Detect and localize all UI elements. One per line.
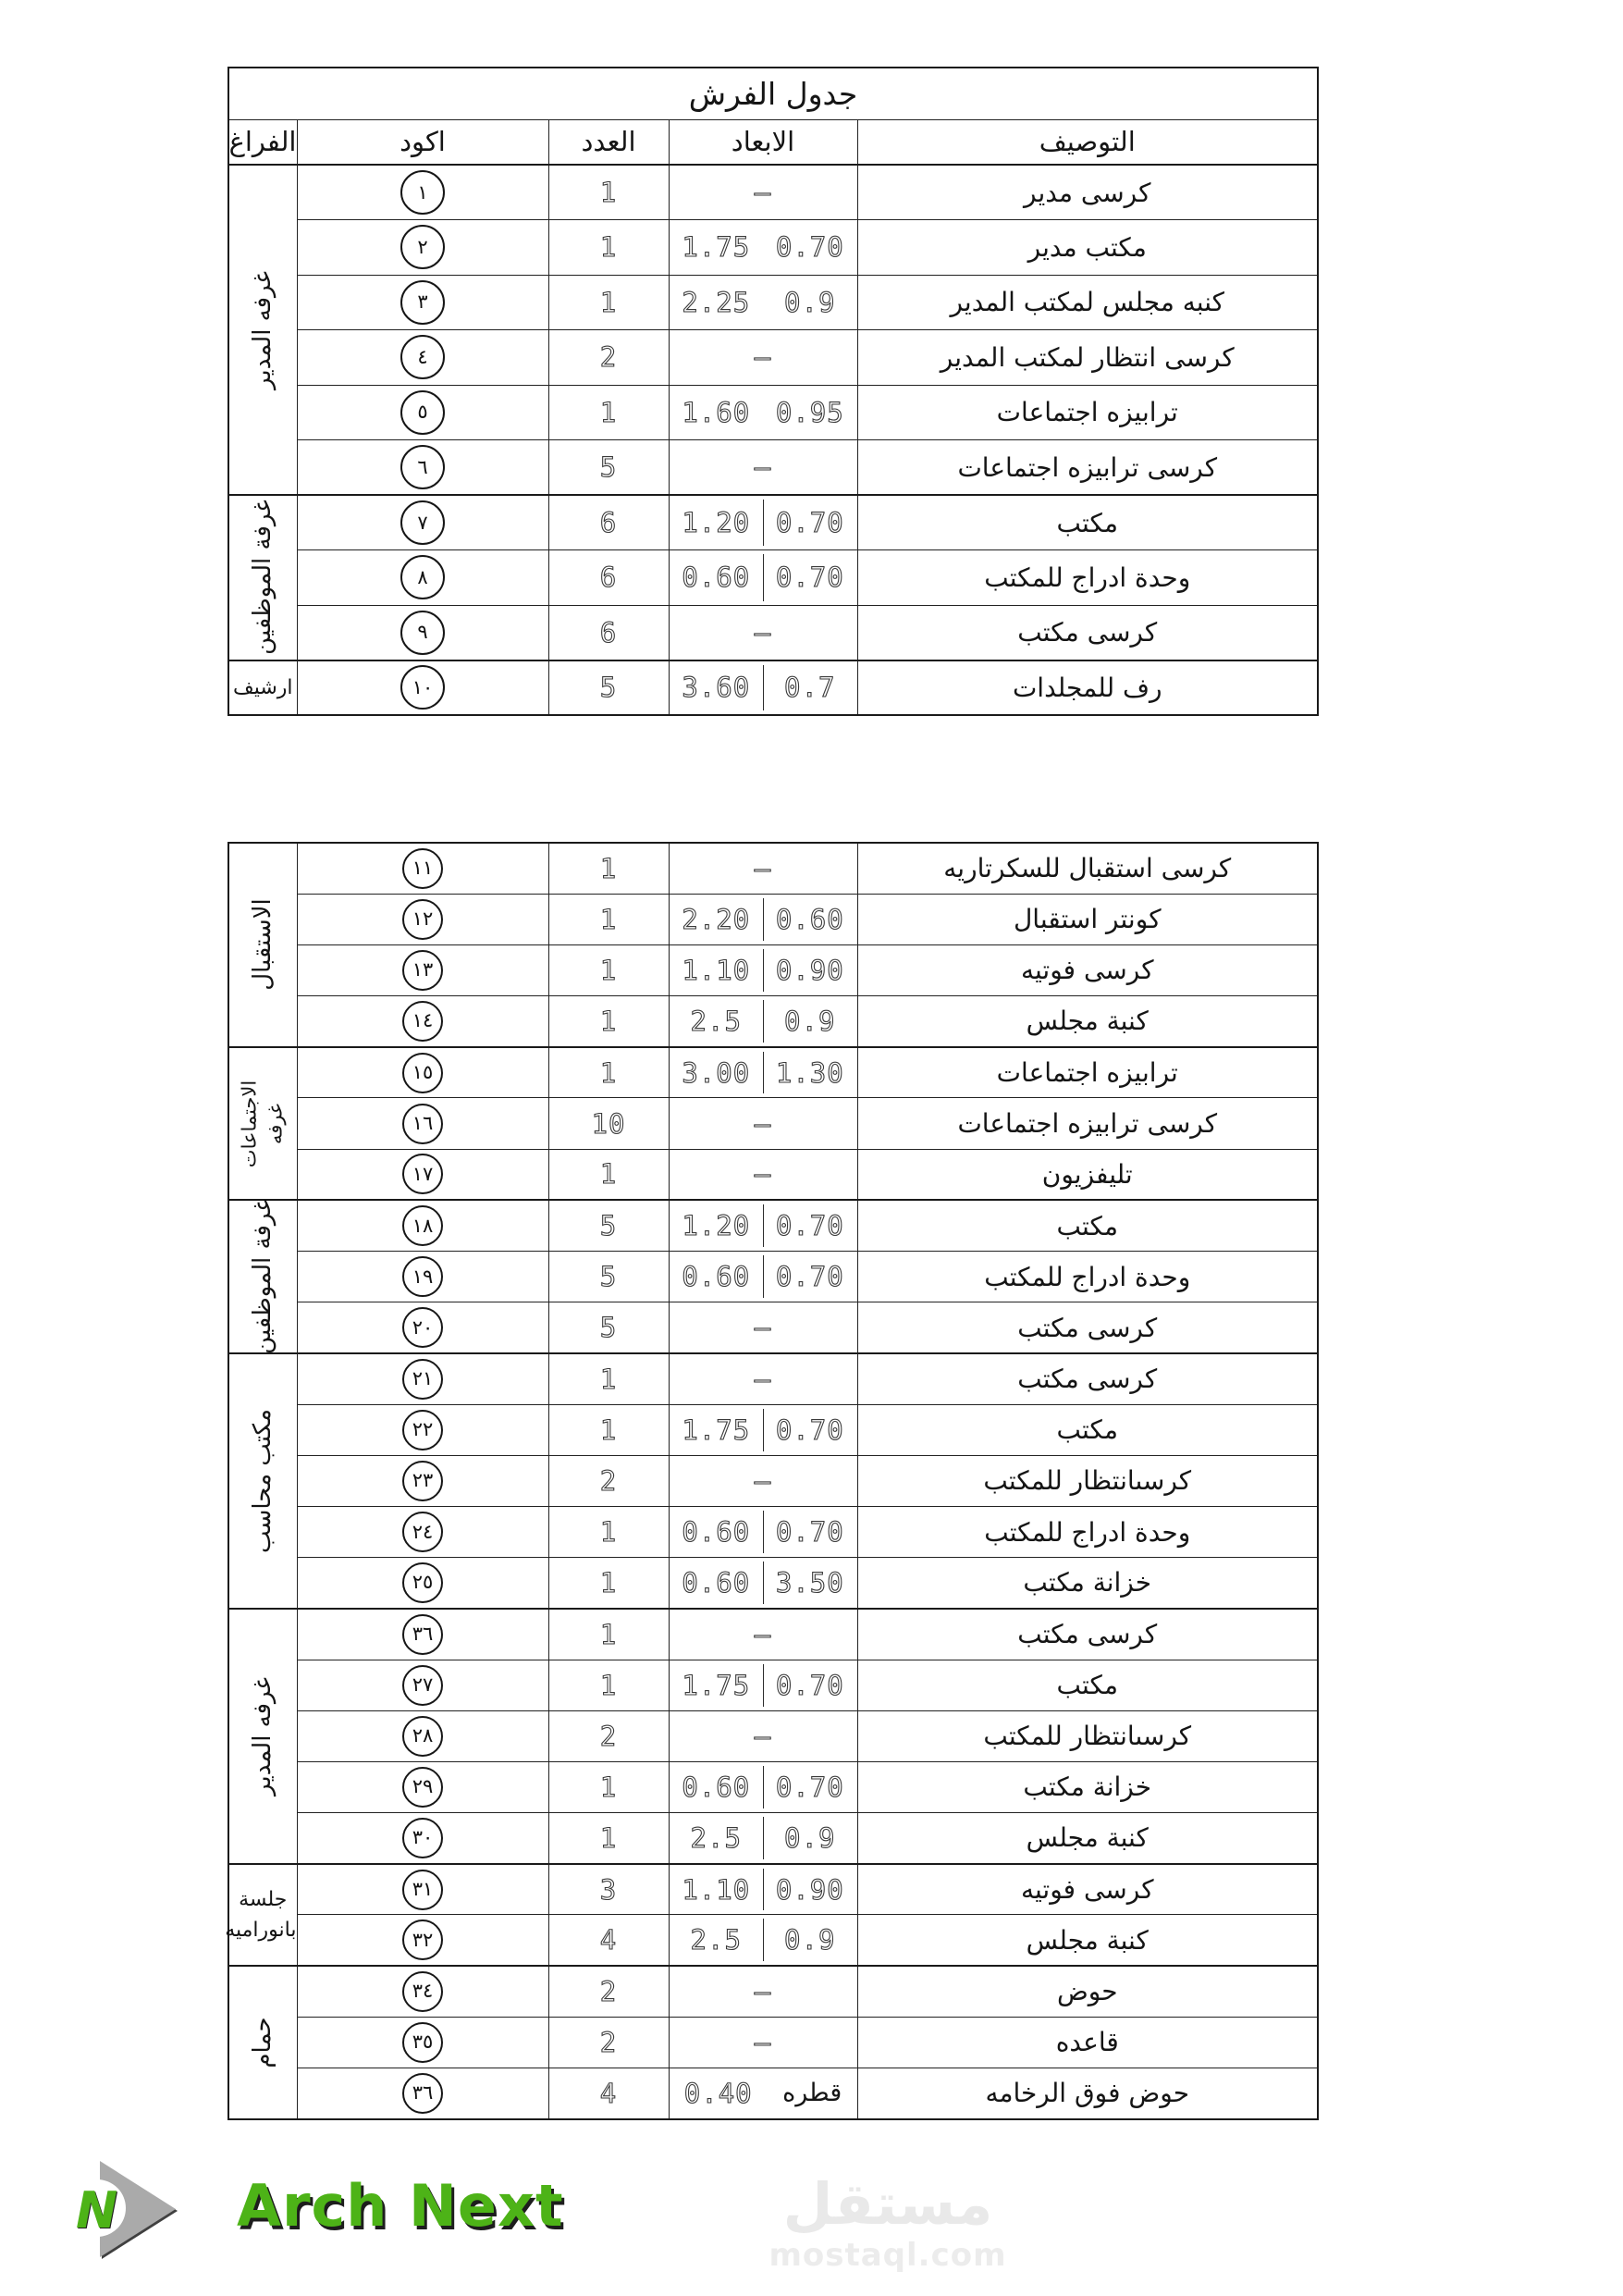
table-row: كرسى استقبال للسكرتاريه–1١١الاستقبال [228,843,1318,894]
dash-value: – [755,1364,771,1395]
count-cell: 1 [548,944,669,995]
space-label: غرفة الموظفين [249,1199,277,1354]
table-row: كرسى انتظار لمكتب المدير–2٤ [228,330,1318,386]
code-cell: ٣ [297,275,548,330]
count-value: 4 [600,2078,617,2109]
code-cell: ١٤ [297,996,548,1047]
count-value: 5 [600,1210,617,1241]
count-cell: 1 [548,1660,669,1710]
code-cell: ٦ [297,440,548,496]
space-label: مكتب محاسب [249,1409,277,1553]
dimensions-cell: 0.600.70 [669,550,857,606]
dimensions-cell: – [669,1098,857,1149]
code-circle: ٣٦ [402,2073,443,2114]
description-cell: حوض [857,1966,1318,2017]
dimension-length-wrap: 2.25 [670,287,764,318]
furniture-schedule-table-lower: كرسى استقبال للسكرتاريه–1١١الاستقبالكونت… [227,842,1319,2120]
dimensions-dash: – [670,853,857,884]
dimension-width: 0.9 [784,1006,835,1037]
dimension-divider-line [763,1255,764,1298]
code-circle: ٣٠ [402,1818,443,1858]
count-value: 1 [600,397,617,428]
dimensions-cell: – [669,330,857,386]
count-cell: 1 [548,996,669,1047]
dimension-divider-line [763,1204,764,1247]
dimensions-cell: 1.750.70 [669,220,857,276]
code-circle: ٢٣ [402,1461,443,1501]
dimension-width-wrap: 0.70 [763,507,857,538]
dimensions-dash: – [670,2027,857,2058]
dimension-divider-line [763,949,764,992]
dimensions-pair: 2.250.9 [670,287,857,318]
dimensions-dash: – [670,1976,857,2007]
code-cell: ٧ [297,495,548,550]
code-cell: ٢٨ [297,1710,548,1761]
dimension-length: 0.60 [682,1261,750,1292]
space-cell: جلسةبانوراميه [228,1864,297,1966]
dimension-width-wrap: 0.60 [763,904,857,935]
description-cell: كنبه مجلس لمكتب المدير [857,275,1318,330]
dimension-width: 0.90 [776,1874,844,1906]
dimensions-cell: 0.600.70 [669,1252,857,1302]
count-cell: 6 [548,495,669,550]
count-cell: 1 [548,843,669,894]
dimension-width: 0.70 [776,1261,844,1292]
dimension-length-wrap: 1.20 [670,507,764,538]
dimension-length-wrap: 1.20 [670,1210,764,1241]
dimension-length: 3.60 [682,672,750,703]
dimension-width: 0.70 [776,1771,844,1803]
dimension-width: 3.50 [776,1567,844,1599]
description-cell: كرسى انتظار لمكتب المدير [857,330,1318,386]
dimension-width-wrap: 0.70 [763,1516,857,1548]
count-value: 4 [600,1924,617,1956]
dash-value: – [755,177,771,208]
description-cell: كرسى مكتب [857,1302,1318,1353]
dimension-width: 0.70 [776,1414,844,1446]
count-cell: 1 [548,1149,669,1200]
code-circle: ٢ [400,225,445,269]
description-cell: كنبة مجلس [857,1813,1318,1864]
table-row: كنبة مجلس2.50.94٣٢ [228,1915,1318,1966]
dash-value: – [755,617,771,648]
dimension-width-wrap: 0.70 [763,1210,857,1241]
code-circle: ١٢ [402,899,443,940]
table-row: خزانة مكتب0.600.701٢٩ [228,1761,1318,1812]
code-circle: ٢٢ [402,1410,443,1450]
table-row: كنبه مجلس لمكتب المدير2.250.91٣ [228,275,1318,330]
watermark: مستقل mostaql.com [721,2176,1054,2274]
dimensions-dash: – [670,617,857,648]
diameter-label: قطره [782,2079,842,2107]
description-cell: كرسىانتظار للمكتب [857,1710,1318,1761]
table-row: مكتب1.750.701٢٢ [228,1404,1318,1455]
code-circle: ٣٤ [402,1971,443,2012]
code-cell: ٣٤ [297,1966,548,2017]
dimension-length-wrap: 1.75 [670,231,764,263]
dimensions-cell: – [669,605,857,660]
dimension-width: 1.30 [776,1057,844,1089]
dimension-length: 1.75 [682,1670,750,1701]
dimensions-dash: – [670,1619,857,1650]
description-cell: كرسى ترابيزه اجتماعات [857,1098,1318,1149]
dimensions-cell: – [669,165,857,220]
dimension-width-wrap: 0.70 [763,1670,857,1701]
dimension-width: 0.9 [784,287,835,318]
dash-value: – [755,1619,771,1650]
table-row: وحدة ادراج للمكتب0.600.705١٩ [228,1252,1318,1302]
code-circle: ١٣ [402,950,443,991]
table-row: خزانة مكتب0.603.501٢٥ [228,1558,1318,1609]
dimension-length-wrap: 1.10 [670,1874,764,1906]
count-cell: 2 [548,1966,669,2017]
dimension-width-wrap: 0.70 [763,1414,857,1446]
dimension-width: 0.9 [784,1822,835,1854]
dimensions-cell: 1.750.70 [669,1660,857,1710]
table-row: وحدة ادراج للمكتب0.600.706٨ [228,550,1318,606]
code-circle: ١٤ [402,1001,443,1042]
description-cell: مكتب مدير [857,220,1318,276]
dimensions-diameter: قطره0.40 [670,2078,857,2109]
space-label: غرفه المدير [249,1677,277,1796]
count-value: 1 [600,853,617,884]
dimension-length: 0.60 [682,1516,750,1548]
dimension-length: 2.5 [691,1822,742,1854]
code-cell: ١٩ [297,1252,548,1302]
dimensions-cell: 3.001.30 [669,1047,857,1098]
dimensions-cell: 1.750.70 [669,1404,857,1455]
dimension-width: 0.70 [776,507,844,538]
code-circle: ٣٢ [402,1920,443,1960]
dimension-length: 2.25 [682,287,750,318]
code-circle: ٥ [400,390,445,435]
code-circle: ١ [400,170,445,215]
dimension-width: 0.70 [776,231,844,263]
count-value: 1 [600,1516,617,1548]
dimension-width-wrap: 0.90 [763,955,857,986]
code-circle: ١٨ [402,1205,443,1246]
dimension-length: 0.60 [682,1567,750,1599]
count-value: 1 [600,177,617,208]
description-cell: كرسىانتظار للمكتب [857,1455,1318,1506]
count-value: 1 [600,1364,617,1395]
description-cell: كرسى مدير [857,165,1318,220]
space-cell: مكتب محاسب [228,1353,297,1609]
count-value: 5 [600,451,617,483]
dimensions-cell: 1.200.70 [669,1200,857,1251]
dimensions-dash: – [670,1364,857,1395]
count-cell: 4 [548,2068,669,2119]
dimension-length-wrap: 0.60 [670,1516,764,1548]
space-label-line: غرفه [263,1080,289,1167]
table-row: كرسى ترابيزه اجتماعات–10١٦ [228,1098,1318,1149]
code-circle: ١٦ [402,1104,443,1144]
count-value: 2 [600,1465,617,1497]
code-circle: ٣٦ [402,1614,443,1655]
count-value: 6 [600,562,617,593]
count-value: 1 [600,955,617,986]
dimensions-cell: 2.50.9 [669,1813,857,1864]
space-cell: الاجتماعاتغرفه [228,1047,297,1201]
dimension-divider-line [763,1766,764,1808]
count-value: 1 [600,1057,617,1089]
code-cell: ٣٢ [297,1915,548,1966]
dash-value: – [755,1976,771,2007]
dimension-divider-line [763,1511,764,1553]
count-value: 5 [600,1312,617,1343]
dimension-length: 1.20 [682,1210,750,1241]
code-circle: ٧ [400,500,445,545]
dimension-length-wrap: 1.60 [670,397,764,428]
table-row: كرسى فوتيه1.100.901١٣ [228,944,1318,995]
dimension-length: 1.75 [682,231,750,263]
dimension-divider-line [763,554,764,601]
dash-value: – [755,1158,771,1190]
dimension-length: 1.20 [682,507,750,538]
dimensions-cell: 2.50.9 [669,1915,857,1966]
dimension-width-wrap: 0.70 [763,1771,857,1803]
column-header-dimensions: الابعاد [669,119,857,165]
description-cell: خزانة مكتب [857,1761,1318,1812]
space-cell: ارشيف [228,660,297,716]
dimension-length-wrap: 3.00 [670,1057,764,1089]
count-cell: 1 [548,1761,669,1812]
count-value: 1 [600,1670,617,1701]
count-cell: 1 [548,1404,669,1455]
code-circle: ٢٩ [402,1767,443,1808]
description-cell: حوض فوق الرخامه [857,2068,1318,2119]
code-cell: ٢٣ [297,1455,548,1506]
count-cell: 1 [548,1813,669,1864]
code-cell: ١٠ [297,660,548,716]
table-row: قاعده–2٣٥ [228,2017,1318,2068]
table-row: كنبة مجلس2.50.91١٤ [228,996,1318,1047]
count-cell: 5 [548,1200,669,1251]
space-label: غرفة الموظفين [249,500,277,655]
dimension-width: 0.70 [776,1516,844,1548]
count-value: 1 [600,287,617,318]
dimension-length: 1.60 [682,397,750,428]
dimensions-cell: 2.250.9 [669,275,857,330]
count-value: 2 [600,1976,617,2007]
table-row: كرسى مكتب–5٢٠ [228,1302,1318,1353]
dimension-divider-line [763,1562,764,1604]
dimensions-cell: – [669,440,857,496]
table-row: ترابيزه اجتماعات1.600.951٥ [228,385,1318,440]
dimension-width-wrap: 0.90 [763,1874,857,1906]
dimension-divider-line [763,500,764,546]
code-cell: ٣٠ [297,1813,548,1864]
count-value: 5 [600,672,617,703]
dimension-length-wrap: 0.60 [670,562,764,593]
code-cell: ١٨ [297,1200,548,1251]
code-circle: ١١ [402,848,443,889]
dimension-width-wrap: 0.9 [763,1924,857,1956]
count-cell: 1 [548,385,669,440]
logo-mark: N [72,2159,220,2261]
count-cell: 5 [548,1252,669,1302]
description-cell: رف للمجلدات [857,660,1318,716]
description-cell: كرسى استقبال للسكرتاريه [857,843,1318,894]
dimensions-cell: – [669,2017,857,2068]
description-cell: ترابيزه اجتماعات [857,1047,1318,1098]
dimension-width: 0.70 [776,1670,844,1701]
table-row: مكتب1.200.706٧غرفة الموظفين [228,495,1318,550]
space-cell: غرفه المدير [228,165,297,495]
count-cell: 1 [548,1558,669,1609]
furniture-schedule-table-upper: جدول الفرشالتوصيفالابعادالعدداكودالفراغك… [227,67,1319,716]
dimension-divider-line [763,1919,764,1961]
count-cell: 1 [548,275,669,330]
dimension-length: 3.00 [682,1057,750,1089]
count-cell: 5 [548,440,669,496]
dimension-divider-line [763,1052,764,1094]
description-cell: تليفزيون [857,1149,1318,1200]
dimensions-cell: 1.100.90 [669,944,857,995]
code-cell: ٣٥ [297,2017,548,2068]
code-cell: ٢٠ [297,1302,548,1353]
dimension-value: 0.40 [684,2078,753,2109]
code-cell: ٣٦ [297,2068,548,2119]
code-circle: ١٩ [402,1256,443,1297]
header-row: التوصيفالابعادالعدداكودالفراغ [228,119,1318,165]
description-cell: مكتب [857,495,1318,550]
dimension-width: 0.60 [776,904,844,935]
dimension-width-wrap: 0.9 [763,287,857,318]
count-value: 6 [600,617,617,648]
table-row: حوض–2٣٤حمام [228,1966,1318,2017]
code-cell: ٩ [297,605,548,660]
column-header-count: العدد [548,119,669,165]
dimension-length-wrap: 2.5 [670,1924,764,1956]
table-row: تليفزيون–1١٧ [228,1149,1318,1200]
space-label: غرفه المدير [249,271,277,389]
dimension-divider-line [763,1869,764,1911]
count-cell: 2 [548,1710,669,1761]
dimension-length: 0.60 [682,1771,750,1803]
code-cell: ٢١ [297,1353,548,1404]
column-header-description: التوصيف [857,119,1318,165]
count-value: 1 [600,1822,617,1854]
description-cell: كرسى مكتب [857,1353,1318,1404]
space-cell: غرفه المدير [228,1609,297,1864]
count-cell: 1 [548,1609,669,1660]
column-header-space: الفراغ [228,119,297,165]
count-value: 5 [600,1261,617,1292]
space-label-line: بانوراميه [229,1915,297,1945]
dimension-divider-line [763,898,764,941]
code-circle: ٦ [400,445,445,489]
code-cell: ١ [297,165,548,220]
count-cell: 2 [548,2017,669,2068]
count-value: 1 [600,1414,617,1446]
dimension-length-wrap: 1.75 [670,1670,764,1701]
description-cell: وحدة ادراج للمكتب [857,1252,1318,1302]
table-row: مكتب1.200.705١٨غرفة الموظفين [228,1200,1318,1251]
dimensions-cell: قطره0.40 [669,2068,857,2119]
dimension-width-wrap: 0.70 [763,231,857,263]
code-circle: ١٥ [402,1053,443,1093]
code-cell: ٢٧ [297,1660,548,1710]
code-cell: ١٧ [297,1149,548,1200]
description-cell: كنبة مجلس [857,996,1318,1047]
column-header-code: اكود [297,119,548,165]
count-value: 6 [600,507,617,538]
dimensions-dash: – [670,1158,857,1190]
dimension-width: 0.70 [776,1210,844,1241]
count-cell: 1 [548,165,669,220]
dimension-length-wrap: 2.20 [670,904,764,935]
space-cell: الاستقبال [228,843,297,1047]
dimensions-dash: – [670,1721,857,1752]
code-cell: ١٣ [297,944,548,995]
dimensions-cell: – [669,1302,857,1353]
count-cell: 1 [548,1353,669,1404]
dimensions-cell: 1.600.95 [669,385,857,440]
description-cell: وحدة ادراج للمكتب [857,550,1318,606]
table-row: كرسى ترابيزه اجتماعات–5٦ [228,440,1318,496]
dimension-divider-line [763,1664,764,1707]
count-cell: 5 [548,1302,669,1353]
count-value: 1 [600,1619,617,1650]
description-cell: مكتب [857,1404,1318,1455]
description-cell: مكتب [857,1200,1318,1251]
description-cell: كونتر استقبال [857,894,1318,944]
dash-value: – [755,1465,771,1497]
code-circle: ٣١ [402,1870,443,1910]
dimensions-cell: 2.50.9 [669,996,857,1047]
table-row: كرسى مكتب–1٢١مكتب محاسب [228,1353,1318,1404]
description-cell: كرسى مكتب [857,1609,1318,1660]
code-circle: ٣ [400,280,445,325]
dash-value: – [755,1108,771,1140]
table-row: مكتب1.750.701٢٧ [228,1660,1318,1710]
dimension-width-wrap: 0.9 [763,1006,857,1037]
dimension-width-wrap: 0.70 [763,1261,857,1292]
count-value: 2 [600,1721,617,1752]
count-value: 1 [600,1158,617,1190]
count-value: 1 [600,904,617,935]
description-cell: كرسى فوتيه [857,1864,1318,1915]
table-row: كنبة مجلس2.50.91٣٠ [228,1813,1318,1864]
dimension-length-wrap: 3.60 [670,672,764,703]
table-row: كونتر استقبال2.200.601١٢ [228,894,1318,944]
dimension-width: 0.7 [784,672,835,703]
logo-n-icon: N [76,2181,117,2240]
count-cell: 6 [548,605,669,660]
dimensions-pair: 1.750.70 [670,231,857,263]
description-cell: كنبة مجلس [857,1915,1318,1966]
description-cell: خزانة مكتب [857,1558,1318,1609]
dimension-width-wrap: 3.50 [763,1567,857,1599]
dimension-width-wrap: 0.70 [763,562,857,593]
dimensions-cell: 0.600.70 [669,1761,857,1812]
code-cell: ٢٩ [297,1761,548,1812]
table-row: وحدة ادراج للمكتب0.600.701٢٤ [228,1506,1318,1557]
code-cell: ١٥ [297,1047,548,1098]
dimension-width: 0.95 [776,397,844,428]
code-cell: ١٦ [297,1098,548,1149]
dimension-length-wrap: 2.5 [670,1006,764,1037]
space-cell: غرفة الموظفين [228,1200,297,1353]
count-cell: 10 [548,1098,669,1149]
dash-value: – [755,451,771,483]
description-cell: كرسى مكتب [857,605,1318,660]
watermark-domain: mostaql.com [721,2237,1054,2274]
dimensions-dash: – [670,1465,857,1497]
code-cell: ٣١ [297,1864,548,1915]
dimension-length-wrap: 2.5 [670,1822,764,1854]
